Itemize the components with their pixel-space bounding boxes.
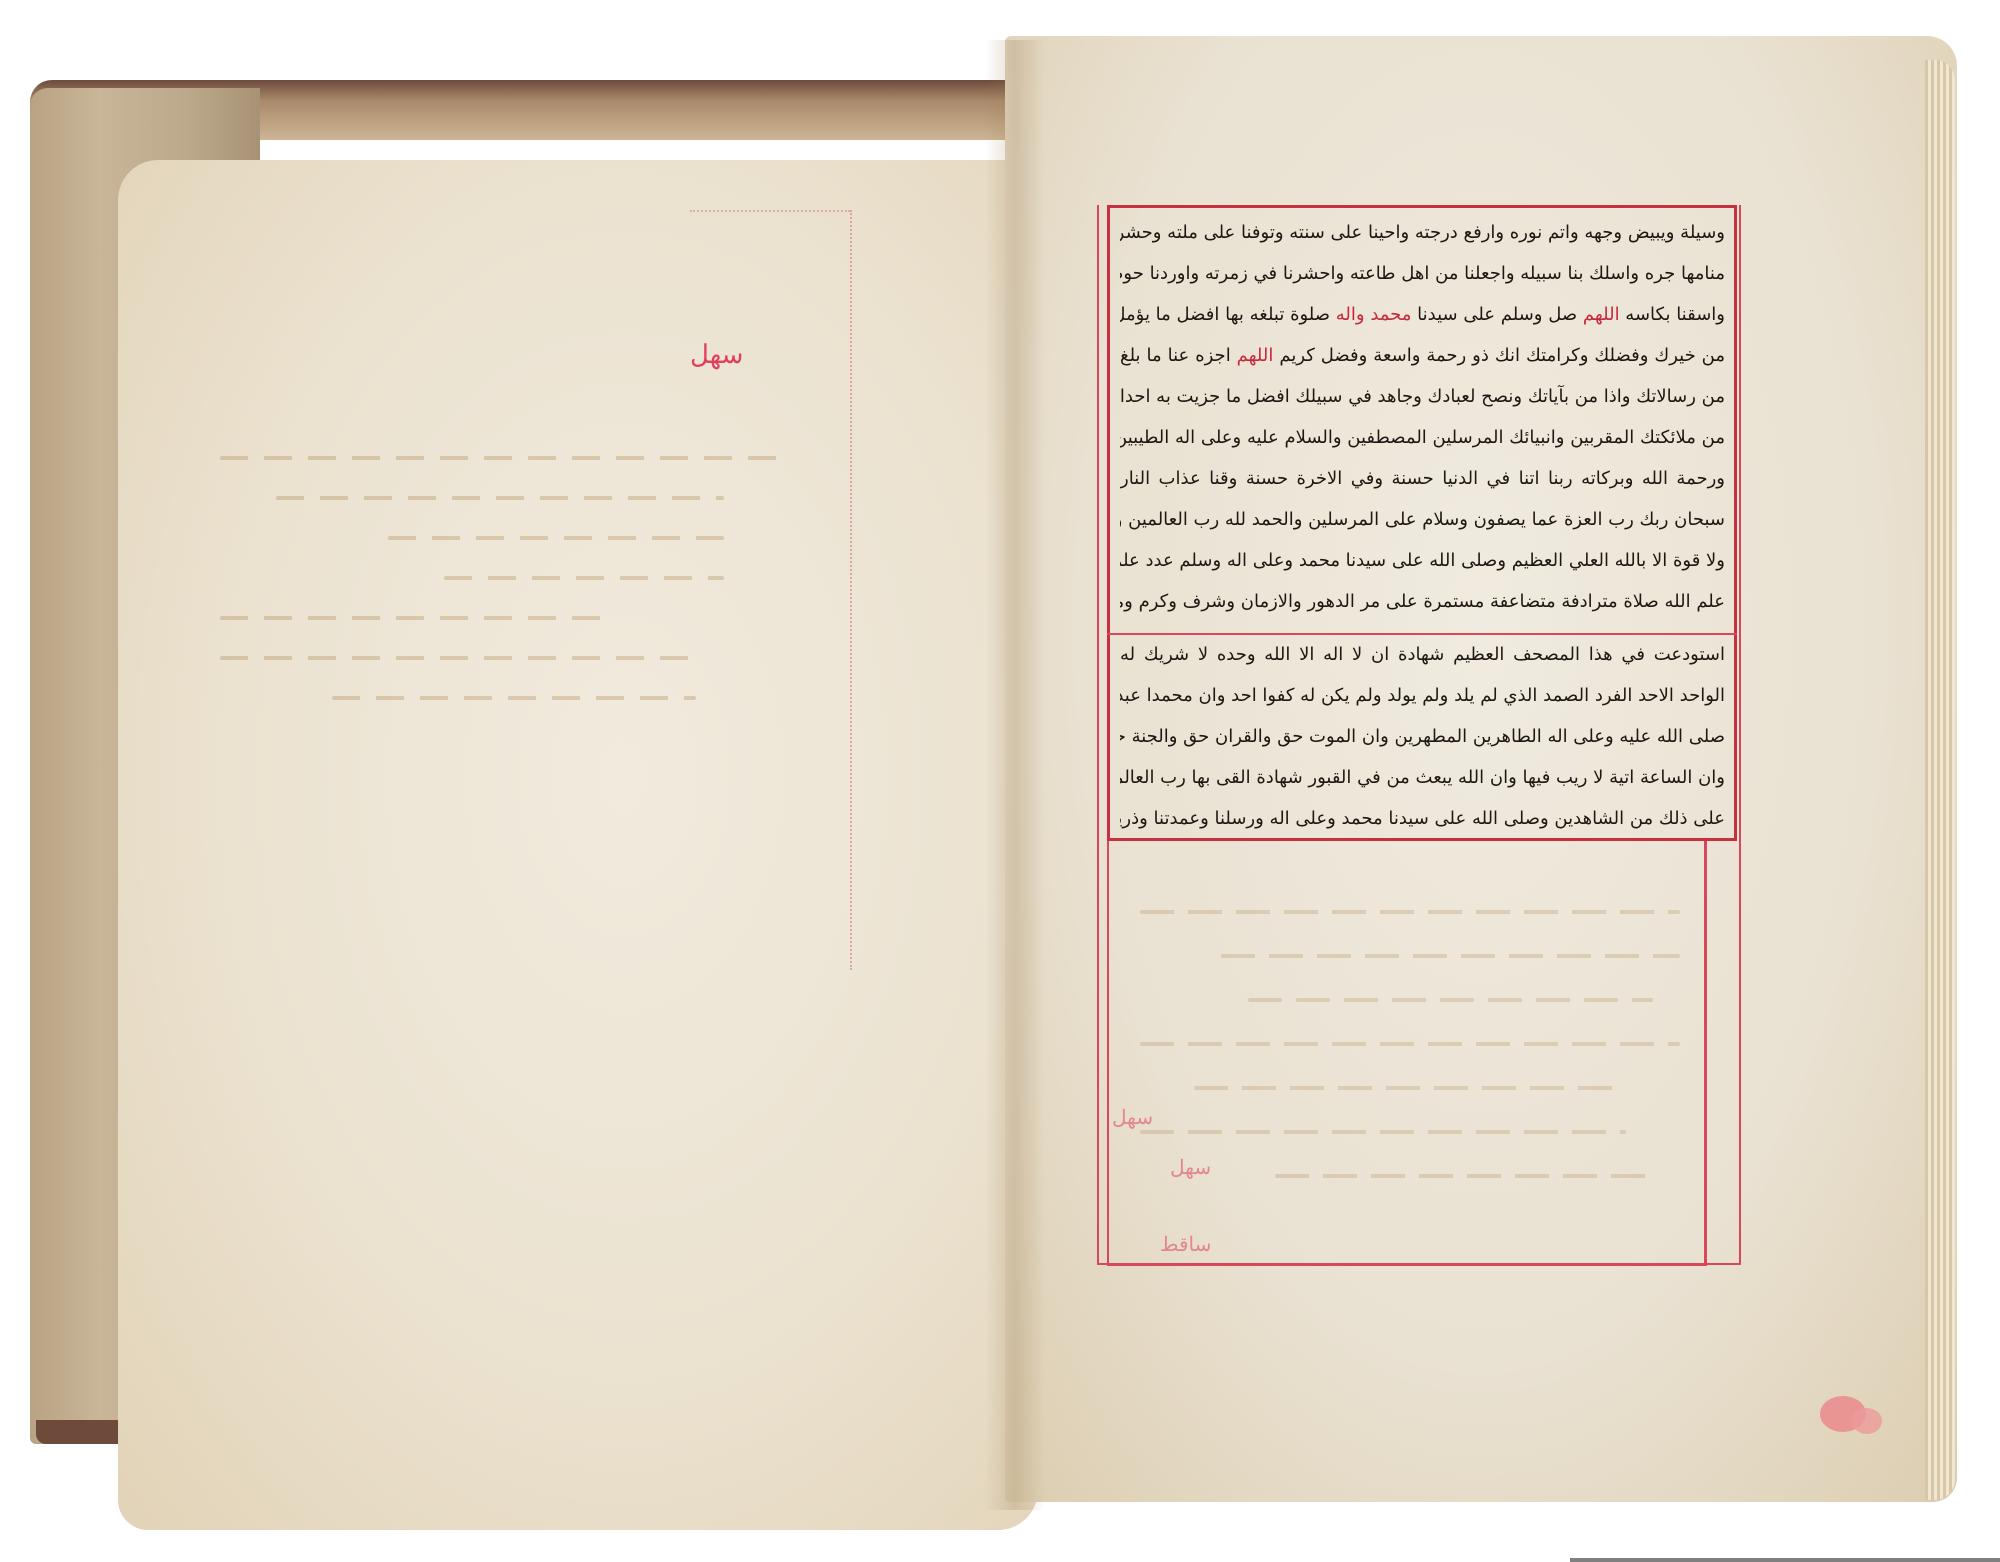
text-line: ورحمة الله وبركاته ربنا اتنا في الدنيا ح… xyxy=(1120,458,1725,499)
text-line: وسيلة ويبيض وجهه واتم نوره وارفع درجته و… xyxy=(1120,212,1725,253)
bottom-edge-bar xyxy=(1570,1558,2000,1562)
ghost-line xyxy=(1275,1174,1653,1178)
text-line: من ملائكتك المقربين وانبيائك المرسلين ال… xyxy=(1120,417,1725,458)
ghost-line xyxy=(276,496,724,500)
ghost-line xyxy=(1140,1042,1680,1046)
text-line: على ذلك من الشاهدين وصلى الله على سيدنا … xyxy=(1120,798,1725,839)
ghost-line xyxy=(1140,910,1680,914)
text-line: صلى الله عليه وعلى اله الطاهرين المطهرين… xyxy=(1120,716,1725,757)
ghost-line xyxy=(1221,954,1680,958)
text-line: الواحد الاحد الفرد الصمد الذي لم يلد ولم… xyxy=(1120,675,1725,716)
text-line: استودعت في هذا المصحف العظيم شهادة ان لا… xyxy=(1120,634,1725,675)
text-line: وان الساعة اتية لا ريب فيها وان الله يبع… xyxy=(1120,757,1725,798)
text-segment: من خيرك وفضلك وكرامتك انك ذو رحمة واسعة … xyxy=(1273,345,1725,366)
red-marginal-annotation: سهل xyxy=(1170,1155,1211,1179)
ghost-line xyxy=(332,696,696,700)
ghost-line xyxy=(1194,1086,1626,1090)
ghost-line xyxy=(1248,998,1653,1002)
lower-offset-text xyxy=(1140,870,1680,1218)
text-line: علم الله صلاة مترادفة متضاعفة مستمرة على… xyxy=(1120,581,1725,622)
manuscript-text-block: وسيلة ويبيض وجهه واتم نوره وارفع درجته و… xyxy=(1120,212,1725,839)
text-line: سبحان ربك رب العزة عما يصفون وسلام على ا… xyxy=(1120,499,1725,540)
left-page-offset-text xyxy=(220,420,780,736)
left-page-ruling-top xyxy=(690,210,850,212)
text-segment: اجزه عنا ما بلغ xyxy=(1120,345,1237,366)
text-segment: صلوة تبلغه بها افضل ما يؤمل xyxy=(1120,304,1336,325)
red-marginal-annotation: ساقط xyxy=(1160,1232,1211,1256)
ghost-line xyxy=(220,656,696,660)
text-line: واسقنا بكاسه اللهم صل وسلم على سيدنا محم… xyxy=(1120,294,1725,335)
ghost-line xyxy=(388,536,724,540)
page-edges xyxy=(1925,60,1955,1500)
red-ink-stain xyxy=(1852,1408,1882,1434)
book-gutter xyxy=(985,40,1045,1510)
text-line: منامها جره واسلك بنا سبيله واجعلنا من اه… xyxy=(1120,253,1725,294)
left-page-ruling-right xyxy=(850,210,852,970)
red-marginal-annotation: سهل xyxy=(1112,1105,1153,1129)
text-segment: صل وسلم على سيدنا xyxy=(1411,304,1582,325)
rubric-word: اللهم xyxy=(1583,304,1620,325)
text-segment: واسقنا بكاسه xyxy=(1620,304,1725,325)
rubric-word: اللهم xyxy=(1237,345,1274,366)
ghost-line xyxy=(1140,1130,1626,1134)
rubric-word: محمد واله xyxy=(1336,304,1412,325)
left-page-red-annotation: سهل xyxy=(690,340,743,370)
ghost-line xyxy=(220,616,612,620)
left-page xyxy=(118,160,1038,1530)
ghost-line xyxy=(220,456,780,460)
text-line: من رسالاتك واذا من بآياتك ونصح لعبادك وج… xyxy=(1120,376,1725,417)
text-line: من خيرك وفضلك وكرامتك انك ذو رحمة واسعة … xyxy=(1120,335,1725,376)
ghost-line xyxy=(444,576,724,580)
text-line: ولا قوة الا بالله العلي العظيم وصلى الله… xyxy=(1120,540,1725,581)
